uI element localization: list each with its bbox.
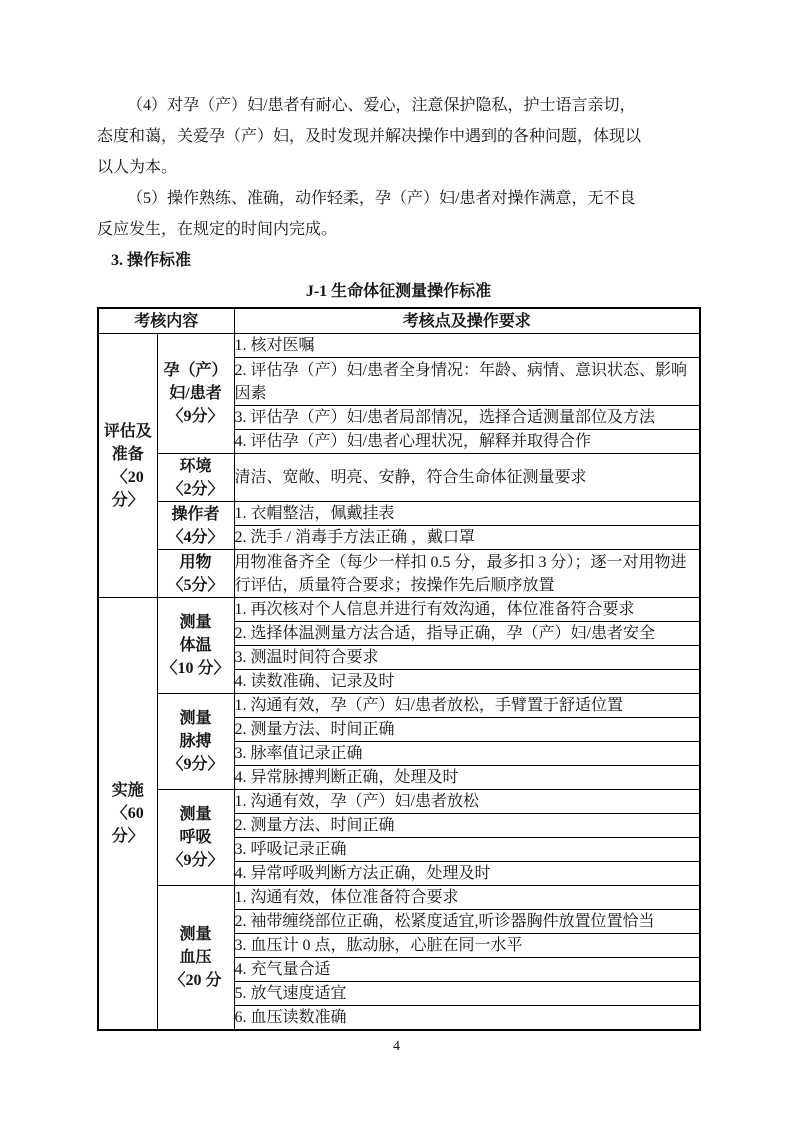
table-row: 操作者 〈4分〉 1. 衣帽整洁，佩戴挂表 [98,502,700,526]
requirement-item: 3. 评估孕（产）妇/患者局部情况，选择合适测量部位及方法 [234,406,700,430]
table-header-row: 考核内容 考核点及操作要求 [98,308,700,334]
requirement-item: 2. 测量方法、时间正确 [234,814,700,838]
group-label-operator: 操作者 〈4分〉 [157,502,234,550]
requirement-item: 5. 放气速度适宜 [234,982,700,1006]
table-title: J-1 生命体征测量操作标准 [97,276,700,307]
table-row: 测量 呼吸 〈9分〉 1. 沟通有效，孕（产）妇/患者放松 [98,790,700,814]
operation-standard-table: 考核内容 考核点及操作要求 评估及 准备 〈20 分〉 孕（产） 妇/患者 〈9… [97,307,701,1031]
header-assessment-points: 考核点及操作要求 [234,308,700,334]
table-row: 环境 〈2分〉 清洁、宽敞、明亮、安静，符合生命体征测量要求 [98,454,700,502]
requirement-item: 4. 异常呼吸判断方法正确，处理及时 [234,862,700,886]
page-number: 4 [0,1039,793,1055]
table-row: 测量 血压 〈20 分 1. 沟通有效，体位准备符合要求 [98,886,700,910]
group-label-supplies: 用物 〈5分〉 [157,550,234,598]
document-page: （4）对孕（产）妇/患者有耐心、爱心，注意保护隐私，护士语言亲切， 态度和蔼，关… [0,0,793,1122]
requirement-item: 1. 沟通有效，孕（产）妇/患者放松，手臂置于舒适位置 [234,694,700,718]
requirement-item: 4. 充气量合适 [234,958,700,982]
requirement-item: 3. 脉率值记录正确 [234,742,700,766]
section-label-implementation: 实施 〈60 分〉 [98,598,157,1031]
section-label-assessment-preparation: 评估及 准备 〈20 分〉 [98,334,157,598]
requirement-item: 用物准备齐全（每少一样扣 0.5 分，最多扣 3 分）；逐一对用物进行评估，质量… [234,550,700,598]
paragraph-5: （5）操作熟练、准确，动作轻柔，孕（产）妇/患者对操作满意，无不良 反应发生，在… [97,183,700,245]
requirement-item: 6. 血压读数准确 [234,1006,700,1031]
requirement-item: 3. 血压计 0 点，肱动脉，心脏在同一水平 [234,934,700,958]
requirement-item: 3. 呼吸记录正确 [234,838,700,862]
header-assessment-content: 考核内容 [98,308,234,334]
section-heading: 3. 操作标准 [97,245,700,276]
table-row: 实施 〈60 分〉 测量 体温 〈10 分〉 1. 再次核对个人信息并进行有效沟… [98,598,700,622]
requirement-item: 清洁、宽敞、明亮、安静，符合生命体征测量要求 [234,454,700,502]
group-label-environment: 环境 〈2分〉 [157,454,234,502]
table-row: 测量 脉搏 〈9分〉 1. 沟通有效，孕（产）妇/患者放松，手臂置于舒适位置 [98,694,700,718]
requirement-item: 1. 再次核对个人信息并进行有效沟通，体位准备符合要求 [234,598,700,622]
requirement-item: 4. 异常脉搏判断正确，处理及时 [234,766,700,790]
paragraph-4: （4）对孕（产）妇/患者有耐心、爱心，注意保护隐私，护士语言亲切， 态度和蔼，关… [97,90,700,183]
requirement-item: 2. 选择体温测量方法合适，指导正确，孕（产）妇/患者安全 [234,622,700,646]
group-label-patient: 孕（产） 妇/患者 〈9分〉 [157,334,234,454]
requirement-item: 2. 袖带缠绕部位正确，松紧度适宜,听诊器胸件放置位置恰当 [234,910,700,934]
requirement-item: 2. 洗手 / 消毒手方法正确 ，戴口罩 [234,526,700,550]
requirement-item: 4. 读数准确、记录及时 [234,670,700,694]
requirement-item: 2. 评估孕（产）妇/患者全身情况：年龄、病情、意识状态、影响因素 [234,358,700,406]
group-label-pulse: 测量 脉搏 〈9分〉 [157,694,234,790]
requirement-item: 2. 测量方法、时间正确 [234,718,700,742]
group-label-temperature: 测量 体温 〈10 分〉 [157,598,234,694]
requirement-item: 1. 衣帽整洁，佩戴挂表 [234,502,700,526]
table-row: 用物 〈5分〉 用物准备齐全（每少一样扣 0.5 分，最多扣 3 分）；逐一对用… [98,550,700,598]
requirement-item: 4. 评估孕（产）妇/患者心理状况，解释并取得合作 [234,430,700,454]
table-row: 评估及 准备 〈20 分〉 孕（产） 妇/患者 〈9分〉 1. 核对医嘱 [98,334,700,358]
requirement-item: 1. 核对医嘱 [234,334,700,358]
requirement-item: 1. 沟通有效，体位准备符合要求 [234,886,700,910]
requirement-item: 1. 沟通有效，孕（产）妇/患者放松 [234,790,700,814]
group-label-blood-pressure: 测量 血压 〈20 分 [157,886,234,1031]
group-label-respiration: 测量 呼吸 〈9分〉 [157,790,234,886]
page-content: （4）对孕（产）妇/患者有耐心、爱心，注意保护隐私，护士语言亲切， 态度和蔼，关… [97,90,700,1031]
requirement-item: 3. 测温时间符合要求 [234,646,700,670]
